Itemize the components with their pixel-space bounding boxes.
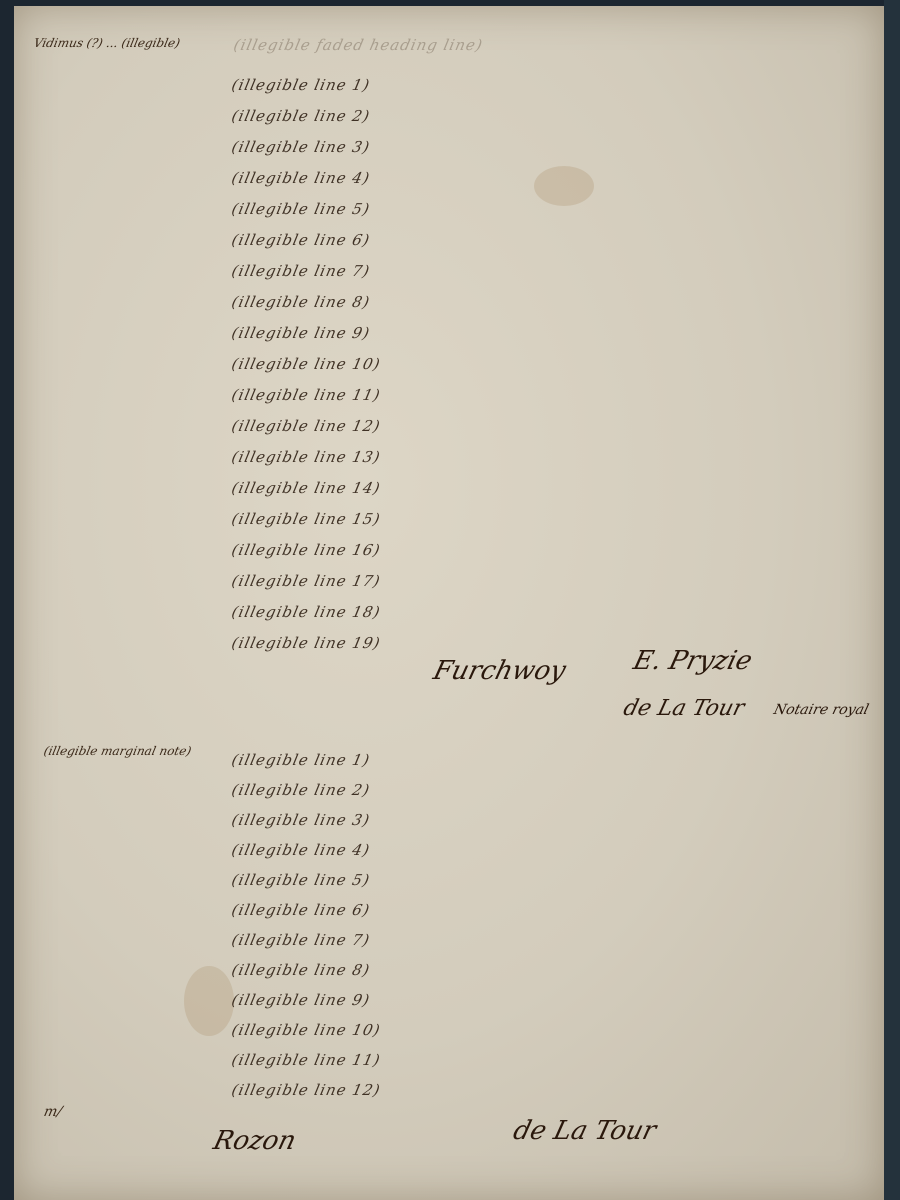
text-line: (illegible line 7) (230, 931, 874, 949)
text-line: (illegible line 13) (230, 448, 874, 466)
text-line: (illegible line 3) (230, 138, 874, 156)
text-line: (illegible line 6) (230, 231, 874, 249)
text-line: (illegible line 16) (230, 541, 874, 559)
text-line: (illegible line 1) (230, 751, 874, 769)
text-line: (illegible line 14) (230, 479, 874, 497)
text-line: (illegible line 4) (230, 841, 874, 859)
text-line: (illegible line 12) (230, 1081, 814, 1099)
text-line: (illegible line 5) (230, 200, 874, 218)
signature-rozon: Rozon (210, 1126, 299, 1156)
text-line: (illegible line 12) (230, 417, 874, 435)
text-line: (illegible line 10) (230, 355, 874, 373)
text-line: (illegible line 11) (230, 386, 874, 404)
text-line: (illegible line 3) (230, 811, 874, 829)
notary-title: Notaire royal (772, 702, 870, 718)
text-line: (illegible line 9) (230, 991, 874, 1009)
text-line: (illegible line 7) (230, 262, 874, 280)
text-line: (illegible line 8) (230, 293, 874, 311)
signature-de-la-tour-2: de La Tour (510, 1116, 659, 1146)
text-line: (illegible line 2) (230, 107, 874, 125)
text-line: (illegible line 19) (230, 634, 534, 652)
text-line: (illegible line 10) (230, 1021, 874, 1039)
text-line: (illegible line 1) (230, 76, 874, 94)
faded-heading: (illegible faded heading line) (232, 36, 716, 54)
text-line: (illegible line 9) (230, 324, 874, 342)
paper-stain (184, 966, 234, 1036)
margin-note-top: Vidimus (?) ... (illegible) (33, 36, 182, 50)
page-edge (884, 0, 900, 1200)
text-line: (illegible line 5) (230, 871, 874, 889)
manuscript-page: Vidimus (?) ... (illegible) (illegible m… (14, 6, 884, 1200)
text-line: (illegible line 4) (230, 169, 874, 187)
text-line: (illegible line 18) (230, 603, 874, 621)
text-line: (illegible line 11) (230, 1051, 874, 1069)
signature-furchwoy: Furchwoy (430, 656, 569, 686)
text-line: (illegible line 6) (230, 901, 874, 919)
signature-pryzie: E. Pryzie (630, 646, 755, 676)
text-line: (illegible line 15) (230, 510, 874, 528)
margin-note-bottom: m/ (42, 1104, 63, 1120)
text-line: (illegible line 17) (230, 572, 874, 590)
signature-de-la-tour: de La Tour (621, 696, 747, 721)
margin-note-middle: (illegible marginal note) (43, 744, 193, 758)
text-line: (illegible line 2) (230, 781, 874, 799)
text-line: (illegible line 8) (230, 961, 874, 979)
